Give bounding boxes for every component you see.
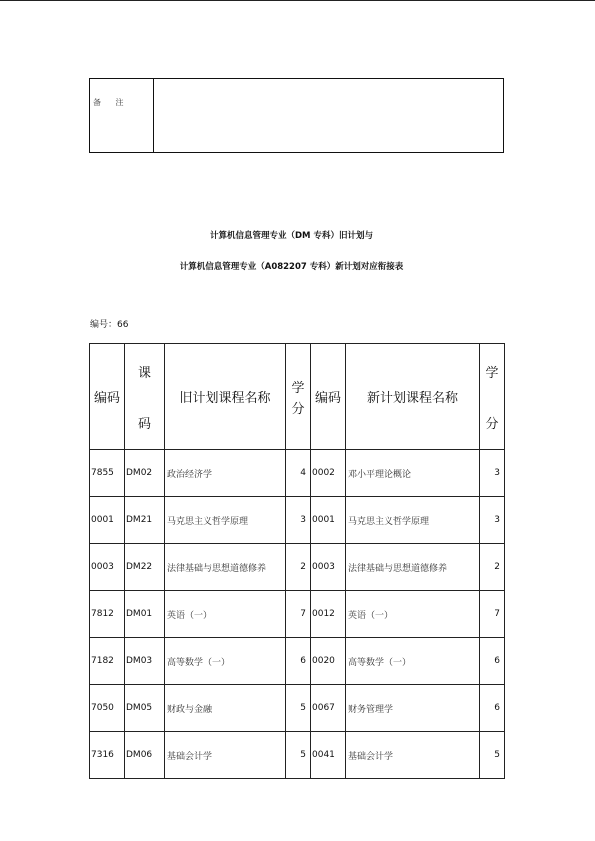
- header-old-credit-bottom: 分: [291, 398, 304, 417]
- course-code-cell: DM03: [125, 638, 165, 685]
- old-name-cell: 高等数学（一）: [165, 638, 286, 685]
- old-credit-cell: 4: [286, 450, 311, 497]
- serial-number: 编号：66: [90, 317, 128, 330]
- old-name-cell: 政治经济学: [165, 450, 286, 497]
- document-title-line-2: 计算机信息管理专业（A082207 专科）新计划对应衔接表: [0, 260, 589, 272]
- remark-table: 备 注: [89, 78, 504, 153]
- new-code-cell: 0041: [311, 732, 346, 779]
- old-credit-cell: 7: [286, 591, 311, 638]
- remark-label: 备 注: [90, 79, 154, 153]
- header-old-name: 旧计划课程名称: [165, 344, 286, 450]
- new-name-cell: 高等数学（一）: [346, 638, 480, 685]
- new-code-cell: 0012: [311, 591, 346, 638]
- new-credit-cell: 6: [480, 638, 505, 685]
- new-credit-cell: 5: [480, 732, 505, 779]
- table-row: 7316DM06基础会计学50041基础会计学5: [90, 732, 505, 779]
- remark-content: [154, 79, 504, 153]
- course-code-cell: DM21: [125, 497, 165, 544]
- old-code-cell: 7812: [90, 591, 125, 638]
- new-credit-cell: 2: [480, 544, 505, 591]
- old-credit-cell: 2: [286, 544, 311, 591]
- old-code-cell: 0001: [90, 497, 125, 544]
- old-credit-cell: 5: [286, 685, 311, 732]
- table-row: 0003DM22法律基础与思想道德修养20003法律基础与思想道德修养2: [90, 544, 505, 591]
- old-code-cell: 7316: [90, 732, 125, 779]
- old-name-cell: 法律基础与思想道德修养: [165, 544, 286, 591]
- new-code-cell: 0001: [311, 497, 346, 544]
- header-old-credit-top: 学: [291, 377, 304, 396]
- new-code-cell: 0002: [311, 450, 346, 497]
- table-row: 7855DM02政治经济学40002邓小平理论概论3: [90, 450, 505, 497]
- new-credit-cell: 3: [480, 450, 505, 497]
- old-name-cell: 财政与金融: [165, 685, 286, 732]
- old-credit-cell: 6: [286, 638, 311, 685]
- new-code-cell: 0020: [311, 638, 346, 685]
- document-title-line-1: 计算机信息管理专业（DM 专科）旧计划与: [0, 229, 589, 241]
- old-code-cell: 7182: [90, 638, 125, 685]
- old-code-cell: 7855: [90, 450, 125, 497]
- old-code-cell: 7050: [90, 685, 125, 732]
- course-code-cell: DM22: [125, 544, 165, 591]
- table-row: 7812DM01英语（一）70012英语（一）7: [90, 591, 505, 638]
- new-credit-cell: 3: [480, 497, 505, 544]
- new-name-cell: 基础会计学: [346, 732, 480, 779]
- course-code-cell: DM02: [125, 450, 165, 497]
- table-row: 7050DM05财政与金融50067财务管理学6: [90, 685, 505, 732]
- new-name-cell: 财务管理学: [346, 685, 480, 732]
- header-old-credit: 学分: [286, 344, 311, 450]
- header-course-code-top: 课: [138, 362, 151, 381]
- page-top-border: [0, 0, 595, 1]
- new-credit-cell: 7: [480, 591, 505, 638]
- old-credit-cell: 5: [286, 732, 311, 779]
- course-mapping-table: 编码 课码 旧计划课程名称 学分 编码 新计划课程名称 学分 7855DM02政…: [89, 343, 505, 779]
- header-new-code: 编码: [311, 344, 346, 450]
- header-new-credit-bottom: 分: [485, 413, 498, 432]
- new-code-cell: 0003: [311, 544, 346, 591]
- header-new-name: 新计划课程名称: [346, 344, 480, 450]
- header-course-code-bottom: 码: [138, 413, 151, 432]
- header-new-credit: 学分: [480, 344, 505, 450]
- new-name-cell: 马克思主义哲学原理: [346, 497, 480, 544]
- new-credit-cell: 6: [480, 685, 505, 732]
- old-name-cell: 马克思主义哲学原理: [165, 497, 286, 544]
- new-name-cell: 法律基础与思想道德修养: [346, 544, 480, 591]
- course-code-cell: DM05: [125, 685, 165, 732]
- old-credit-cell: 3: [286, 497, 311, 544]
- new-code-cell: 0067: [311, 685, 346, 732]
- table-header-row: 编码 课码 旧计划课程名称 学分 编码 新计划课程名称 学分: [90, 344, 505, 450]
- header-old-code: 编码: [90, 344, 125, 450]
- old-code-cell: 0003: [90, 544, 125, 591]
- course-code-cell: DM01: [125, 591, 165, 638]
- old-name-cell: 基础会计学: [165, 732, 286, 779]
- header-new-credit-top: 学: [485, 362, 498, 381]
- new-name-cell: 邓小平理论概论: [346, 450, 480, 497]
- new-name-cell: 英语（一）: [346, 591, 480, 638]
- table-row: 0001DM21马克思主义哲学原理30001马克思主义哲学原理3: [90, 497, 505, 544]
- old-name-cell: 英语（一）: [165, 591, 286, 638]
- course-code-cell: DM06: [125, 732, 165, 779]
- header-course-code: 课码: [125, 344, 165, 450]
- table-row: 7182DM03高等数学（一）60020高等数学（一）6: [90, 638, 505, 685]
